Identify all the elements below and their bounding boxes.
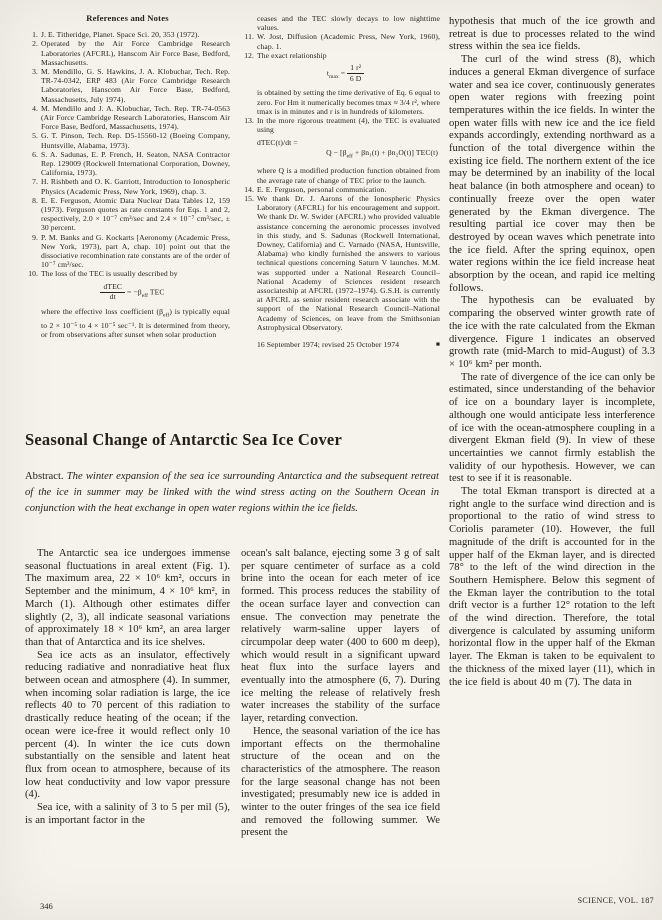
reference-text: The exact relationship — [257, 51, 327, 60]
reference-number: 5. — [25, 131, 38, 140]
body-paragraph: Sea ice acts as an insulator, effectivel… — [25, 650, 230, 802]
body-paragraph: Sea ice, with a salinity of 3 to 5 per m… — [25, 802, 230, 827]
fraction: dTEC dt — [100, 283, 125, 302]
reference-10-continuation: where the effective loss coefficient (βe… — [25, 307, 230, 339]
abstract-label: Abstract. — [25, 471, 64, 482]
reference-text: We thank Dr. J. Aarons of the Ionospheri… — [257, 194, 440, 332]
reference-number: 3. — [25, 67, 38, 76]
reference-number: 4. — [25, 104, 38, 113]
reference-item: 6.S. A. Sadunas, E. P. French, H. Seaton… — [25, 150, 230, 178]
reference-number: 6. — [25, 150, 38, 159]
body-paragraph: The rate of divergence of the ice can on… — [449, 372, 655, 486]
end-of-article-mark: ■ — [436, 340, 440, 349]
reference-item: 2.Operated by the Air Force Cambridge Re… — [25, 39, 230, 67]
abstract-text: The winter expansion of the sea ice surr… — [25, 471, 439, 514]
references-column-1: References and Notes 1.J. E. Titheridge,… — [25, 14, 230, 339]
reference-item: 11.W. Jost, Diffusion (Academic Press, N… — [241, 32, 440, 50]
article-column-1: The Antarctic sea ice undergoes immense … — [25, 548, 230, 827]
reference-number: 8. — [25, 196, 38, 205]
body-paragraph: The curl of the wind stress (8), which i… — [449, 54, 655, 295]
fraction: 1 r² 6 D — [347, 64, 364, 83]
reference-item: 15.We thank Dr. J. Aarons of the Ionosph… — [241, 194, 440, 332]
reference-text: H. Rishbeth and O. K. Garriott, Introduc… — [41, 177, 230, 195]
reference-item: 10.The loss of the TEC is usually descri… — [25, 269, 230, 278]
reference-number: 10. — [25, 269, 38, 278]
reference-text: J. E. Titheridge, Planet. Space Sci. 20,… — [41, 30, 200, 39]
article-column-3: hypothesis that much of the ice growth a… — [449, 16, 655, 689]
journal-footer: SCIENCE, VOL. 187 — [578, 896, 654, 905]
page-number: 346 — [40, 901, 53, 911]
reference-item: 5.G. T. Pinson, Tech. Rep. D5-15560-12 (… — [25, 131, 230, 149]
body-paragraph: Hence, the seasonal variation of the ice… — [241, 726, 440, 840]
equation-tec-loss: dTEC dt = −βeff TEC — [25, 283, 230, 302]
reference-text: P. M. Banks and G. Kockarts [Aeronomy (A… — [41, 233, 230, 270]
reference-number: 11. — [241, 32, 254, 41]
reference-number: 12. — [241, 51, 254, 60]
journal-page: References and Notes 1.J. E. Titheridge,… — [0, 0, 662, 920]
body-paragraph: ocean's salt balance, ejecting some 3 g … — [241, 548, 440, 726]
reference-text: E. E. Ferguson, personal communication. — [257, 185, 386, 194]
reference-runover-text: ceases and the TEC slowly decays to low … — [241, 14, 440, 32]
body-paragraph: The Antarctic sea ice undergoes immense … — [25, 548, 230, 650]
article-column-2: ocean's salt balance, ejecting some 3 g … — [241, 548, 440, 840]
body-paragraph: The total Ekman transport is directed at… — [449, 486, 655, 689]
reference-item: 14.E. E. Ferguson, personal communicatio… — [241, 185, 440, 194]
dateline-text: 16 September 1974; revised 25 October 19… — [257, 340, 399, 349]
reference-item: 3.M. Mendillo, G. S. Hawkins, J. A. Klob… — [25, 67, 230, 104]
reference-item: 13.In the more rigorous treatment (4), t… — [241, 116, 440, 134]
reference-text: The loss of the TEC is usually described… — [41, 269, 178, 278]
reference-item: 9.P. M. Banks and G. Kockarts [Aeronomy … — [25, 233, 230, 270]
reference-item: 12.The exact relationship — [241, 51, 440, 60]
reference-number: 15. — [241, 194, 254, 203]
reference-number: 2. — [25, 39, 38, 48]
reference-number: 7. — [25, 177, 38, 186]
equation-tec-rigorous: dTEC(t)/dt = Q − [βeff + βn₁(t) + βn₂O(t… — [241, 138, 440, 161]
references-column-2: ceases and the TEC slowly decays to low … — [241, 14, 440, 349]
reference-text: Operated by the Air Force Cambridge Rese… — [41, 39, 230, 66]
submission-dateline: 16 September 1974; revised 25 October 19… — [241, 340, 440, 349]
equation-tmax: tmax = 1 r² 6 D — [241, 64, 440, 83]
reference-text: G. T. Pinson, Tech. Rep. D5-15560-12 (Bo… — [41, 131, 230, 149]
body-paragraph: hypothesis that much of the ice growth a… — [449, 16, 655, 54]
reference-item: 4.M. Mendillo and J. A. Klobuchar, Tech.… — [25, 104, 230, 132]
reference-13-continuation: where Q is a modified production functio… — [241, 166, 440, 184]
reference-number: 9. — [25, 233, 38, 242]
references-heading: References and Notes — [25, 14, 230, 23]
reference-item: 1.J. E. Titheridge, Planet. Space Sci. 2… — [25, 30, 230, 39]
reference-text: S. A. Sadunas, E. P. French, H. Seaton, … — [41, 150, 230, 177]
article-abstract: Abstract. The winter expansion of the se… — [25, 469, 439, 518]
reference-12-continuation: is obtained by setting the time derivati… — [241, 88, 440, 116]
reference-item: 7.H. Rishbeth and O. K. Garriott, Introd… — [25, 177, 230, 195]
reference-text: M. Mendillo, G. S. Hawkins, J. A. Klobuc… — [41, 67, 230, 104]
reference-text: M. Mendillo and J. A. Klobuchar, Tech. R… — [41, 104, 230, 131]
reference-text: W. Jost, Diffusion (Academic Press, New … — [257, 32, 440, 50]
reference-number: 14. — [241, 185, 254, 194]
reference-text: E. E. Ferguson, Atomic Data Nuclear Data… — [41, 196, 230, 233]
reference-number: 13. — [241, 116, 254, 125]
article-title: Seasonal Change of Antarctic Sea Ice Cov… — [25, 430, 445, 450]
body-paragraph: The hypothesis can be evaluated by compa… — [449, 295, 655, 371]
reference-item: 8.E. E. Ferguson, Atomic Data Nuclear Da… — [25, 196, 230, 233]
reference-number: 1. — [25, 30, 38, 39]
reference-text: In the more rigorous treatment (4), the … — [257, 116, 440, 134]
